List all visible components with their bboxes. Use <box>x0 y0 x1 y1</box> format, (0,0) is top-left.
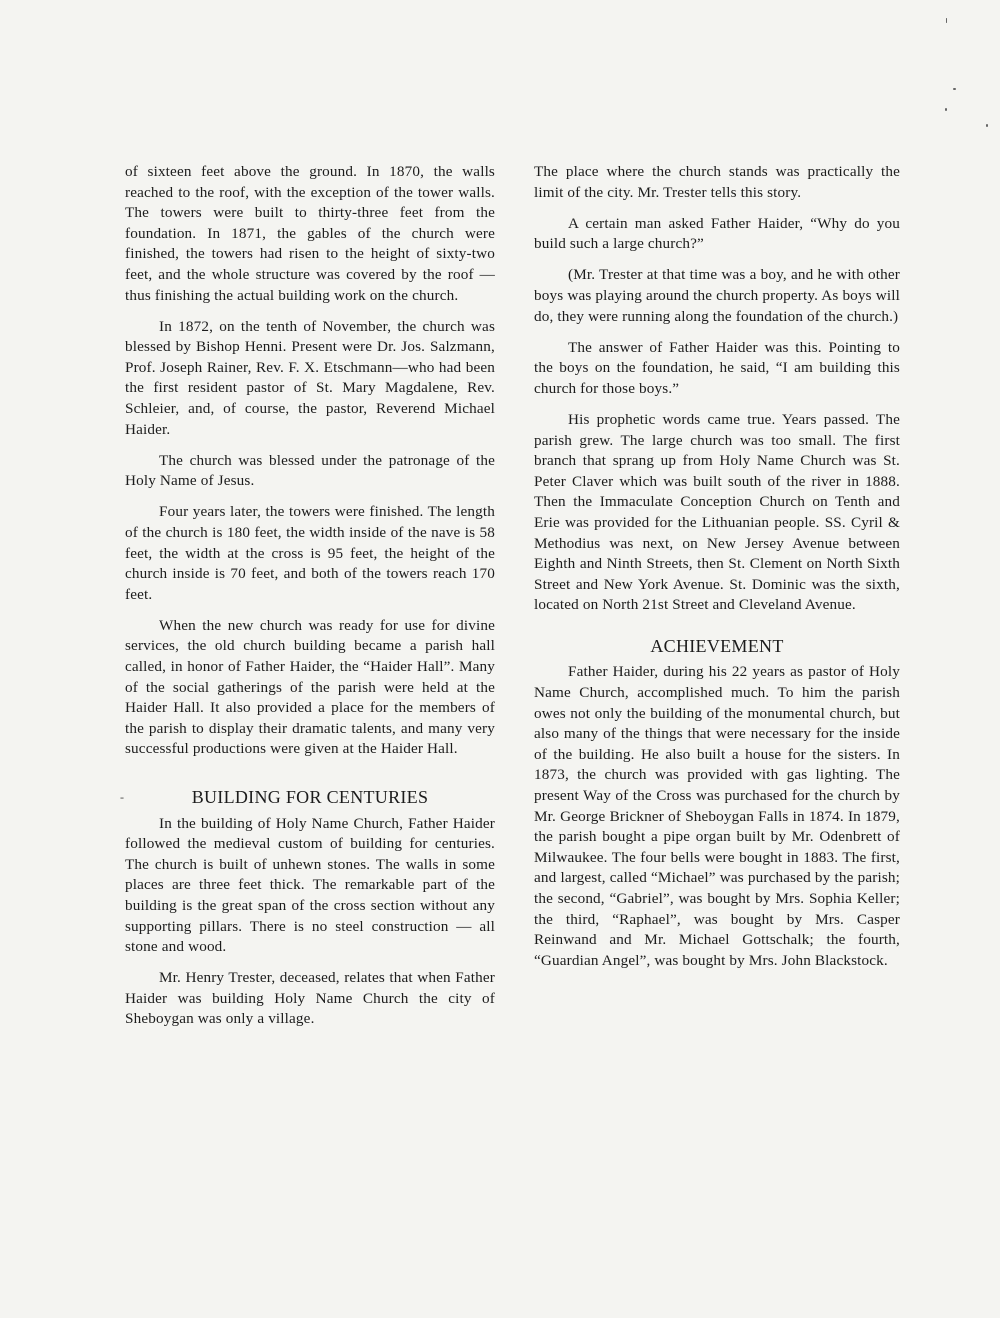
section-heading-building-for-centuries: ‐ BUILDING FOR CENTURIES <box>125 787 495 808</box>
left-post-heading-paragraphs: In the building of Holy Name Church, Fat… <box>125 814 495 1030</box>
paragraph: A certain man asked Father Haider, “Why … <box>534 214 900 255</box>
paragraph: The church was blessed under the patrona… <box>125 451 495 492</box>
left-pre-heading-paragraphs: of sixteen feet above the ground. In 187… <box>125 162 495 760</box>
paragraph: of sixteen feet above the ground. In 187… <box>125 162 495 306</box>
paragraph: The place where the church stands was pr… <box>534 162 900 203</box>
paper-speck <box>953 88 956 90</box>
paragraph: The answer of Father Haider was this. Po… <box>534 338 900 400</box>
paragraph: In 1872, on the tenth of November, the c… <box>125 317 495 441</box>
paragraph: In the building of Holy Name Church, Fat… <box>125 814 495 958</box>
paper-speck <box>946 18 947 23</box>
paragraph: Four years later, the towers were finish… <box>125 502 495 605</box>
section-heading-achievement: ACHIEVEMENT <box>534 636 900 657</box>
paragraph: Father Haider, during his 22 years as pa… <box>534 662 900 971</box>
paper-speck <box>945 108 947 111</box>
stray-mark: ‐ <box>120 787 124 808</box>
right-column: The place where the church stands was pr… <box>534 162 900 982</box>
paper-speck <box>986 124 988 127</box>
paragraph: (Mr. Trester at that time was a boy, and… <box>534 265 900 327</box>
right-pre-heading-paragraphs: The place where the church stands was pr… <box>534 162 900 616</box>
paragraph: His prophetic words came true. Years pas… <box>534 410 900 616</box>
paragraph: Mr. Henry Trester, deceased, relates tha… <box>125 968 495 1030</box>
scanned-page: of sixteen feet above the ground. In 187… <box>0 0 1000 1318</box>
right-post-heading-paragraphs: Father Haider, during his 22 years as pa… <box>534 662 900 971</box>
paragraph: When the new church was ready for use fo… <box>125 616 495 760</box>
left-column: of sixteen feet above the ground. In 187… <box>125 162 495 1041</box>
heading-text: BUILDING FOR CENTURIES <box>192 787 429 807</box>
heading-text: ACHIEVEMENT <box>650 636 783 656</box>
